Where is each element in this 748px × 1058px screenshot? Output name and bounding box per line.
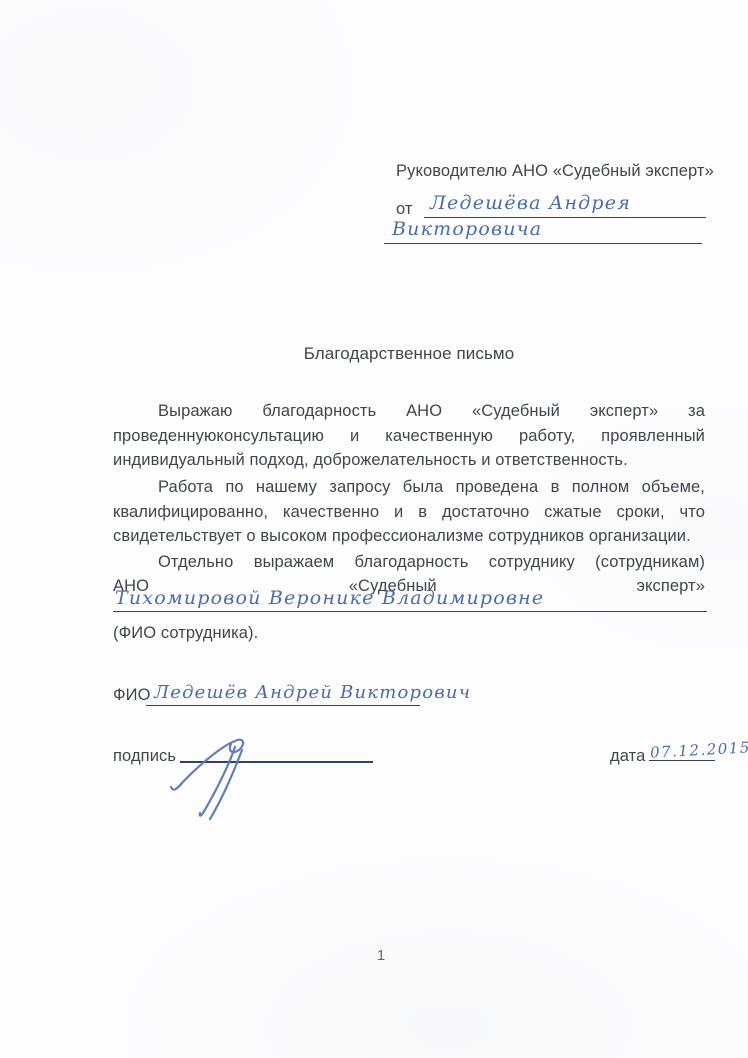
from-name-field-line2: Викторовича: [384, 219, 702, 244]
from-name-field-line1: Ледешёва Андрея: [424, 194, 706, 218]
scanned-letter-page: Руководителю АНО «Судебный эксперт» от Л…: [0, 0, 748, 1058]
employee-name-field: Тихомировой Веронике Владимировне: [113, 586, 707, 612]
date-handwritten: 07.12.2015: [650, 738, 748, 761]
from-name-handwritten-line1: Ледешёва Андрея: [430, 192, 631, 214]
paragraph1-line1: Выражаю благодарность АНО «Судебный эксп…: [113, 402, 705, 421]
paragraph2-line3: свидетельствует о высоком профессионализ…: [113, 527, 705, 546]
employee-name-caption: (ФИО сотрудника).: [113, 624, 258, 643]
fio-handwritten: Ледешёв Андрей Викторович: [154, 682, 471, 703]
recipient-line: Руководителю АНО «Судебный эксперт»: [396, 162, 714, 181]
paragraph3-line1: Отдельно выражаем благодарность сотрудни…: [113, 553, 705, 572]
from-name-handwritten-line2: Викторовича: [392, 218, 542, 240]
paragraph1-line2: проведеннуюконсультацию и качественную р…: [113, 427, 705, 446]
page-number: 1: [377, 948, 385, 964]
fio-label: ФИО: [113, 686, 151, 705]
date-label: дата: [610, 747, 645, 766]
handwritten-signature: [163, 737, 278, 822]
paragraph2-line2: квалифицированно, качественно и в достат…: [113, 503, 705, 522]
fio-field: Ледешёв Андрей Викторович: [146, 681, 420, 706]
employee-name-handwritten: Тихомировой Веронике Владимировне: [115, 587, 544, 609]
letter-title: Благодарственное письмо: [113, 344, 705, 363]
paragraph2-line1: Работа по нашему запросу была проведена …: [113, 478, 705, 497]
paragraph1-line3: индивидуальный подход, доброжелательност…: [113, 451, 705, 470]
from-label: от: [396, 200, 413, 219]
